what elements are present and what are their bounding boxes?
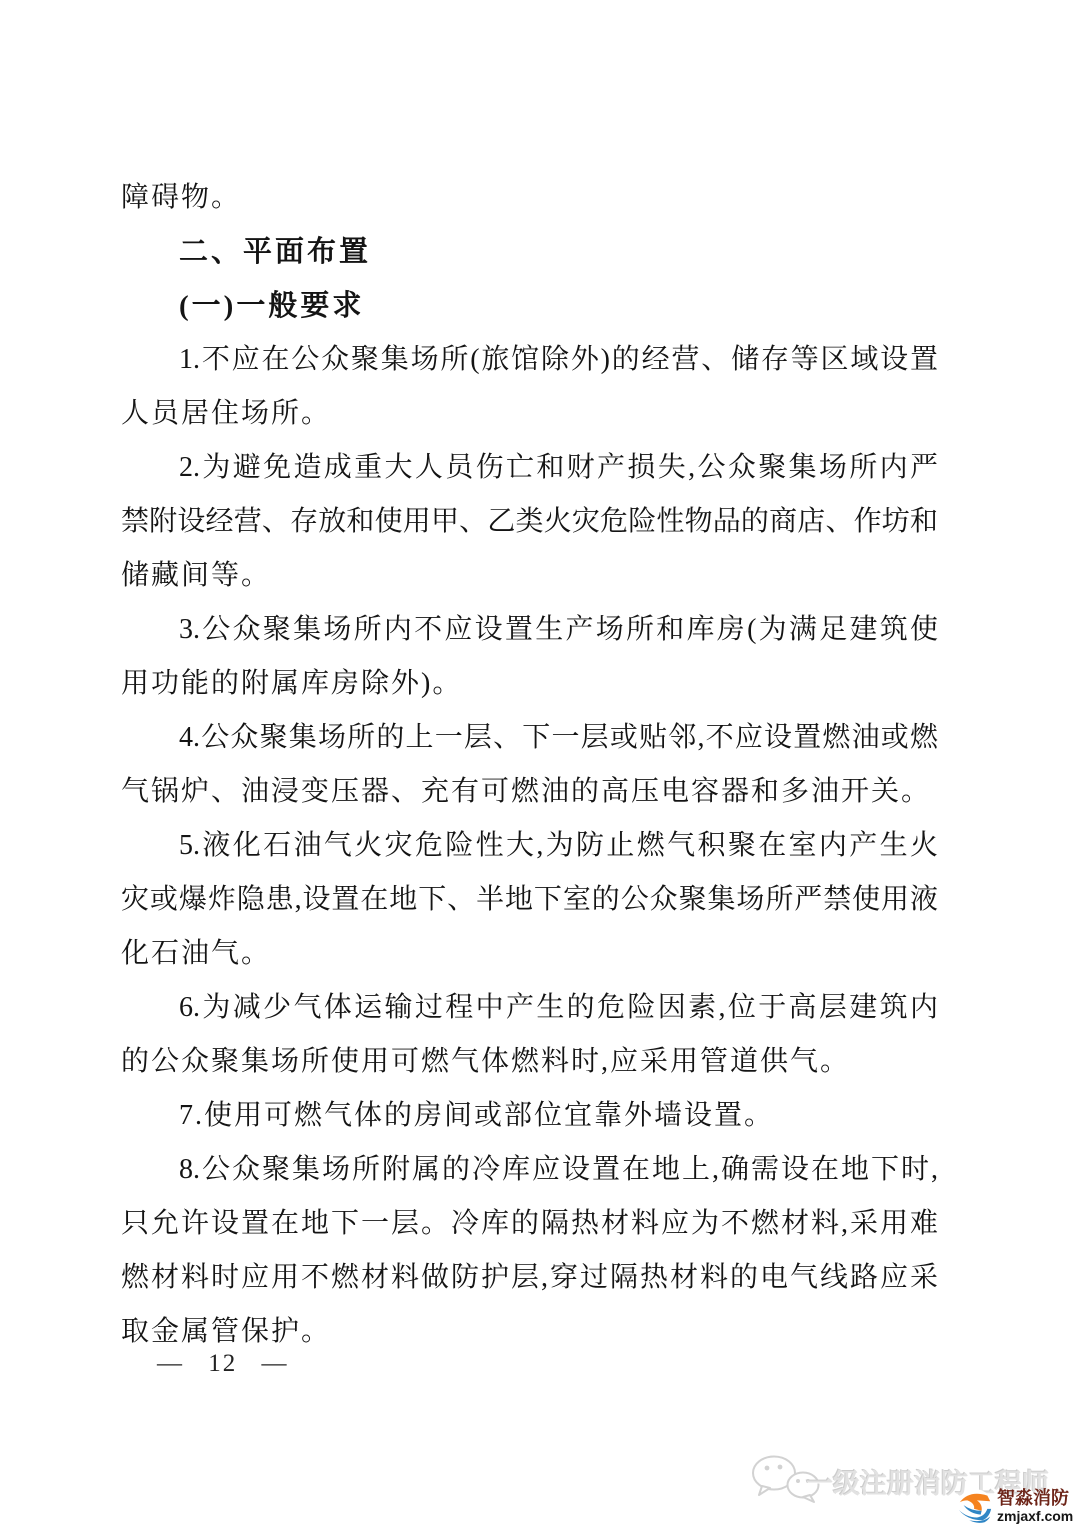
body-line: 8.公众聚集场所附属的冷库应设置在地上,确需设在地下时, [121, 1143, 938, 1197]
body-line: 人员居住场所。 [121, 387, 938, 441]
body-line: 障碍物。 [121, 171, 938, 225]
body-line: 储藏间等。 [121, 549, 938, 603]
body-line: 燃材料时应用不燃材料做防护层,穿过隔热材料的电气线路应采 [121, 1251, 938, 1305]
page-number: — 12 — [157, 1350, 289, 1378]
body-line: 禁附设经营、存放和使用甲、乙类火灾危险性物品的商店、作坊和 [121, 495, 938, 549]
body-line: 只允许设置在地下一层。冷库的隔热材料应为不燃材料,采用难 [121, 1197, 938, 1251]
body-line: 7.使用可燃气体的房间或部位宜靠外墙设置。 [121, 1089, 938, 1143]
body-line: 的公众聚集场所使用可燃气体燃料时,应采用管道供气。 [121, 1035, 938, 1089]
body-line: 4.公众聚集场所的上一层、下一层或贴邻,不应设置燃油或燃 [121, 711, 938, 765]
body-line: 3.公众聚集场所内不应设置生产场所和库房(为满足建筑使 [121, 603, 938, 657]
logo-domain-text: zmjaxf.com [997, 1508, 1073, 1524]
document-page: 障碍物。 二、平面布置 (一)一般要求 1.不应在公众聚集场所(旅馆除外)的经营… [0, 0, 1080, 1527]
body-line: 气锅炉、油浸变压器、充有可燃油的高压电容器和多油开关。 [121, 765, 938, 819]
body-line: 5.液化石油气火灾危险性大,为防止燃气积聚在室内产生火 [121, 819, 938, 873]
body-line: 用功能的附属库房除外)。 [121, 657, 938, 711]
body-line: 2.为避免造成重大人员伤亡和财产损失,公众聚集场所内严 [121, 441, 938, 495]
body-line: 6.为减少气体运输过程中产生的危险因素,位于高层建筑内 [121, 981, 938, 1035]
zhimiao-logo: 智淼消防 zmjaxf.com [956, 1488, 1073, 1526]
section-heading: 二、平面布置 [121, 225, 938, 279]
logo-name-text: 智淼消防 [997, 1488, 1073, 1508]
subsection-heading: (一)一般要求 [121, 279, 938, 333]
body-line: 化石油气。 [121, 927, 938, 981]
zhimiao-logo-icon [956, 1488, 994, 1526]
footer-watermark: 一级注册消防工程师 智淼消防 zmjaxf.com [748, 1452, 1080, 1527]
body-line: 灾或爆炸隐患,设置在地下、半地下室的公众聚集场所严禁使用液 [121, 873, 938, 927]
body-line: 1.不应在公众聚集场所(旅馆除外)的经营、储存等区域设置 [121, 333, 938, 387]
document-body: 障碍物。 二、平面布置 (一)一般要求 1.不应在公众聚集场所(旅馆除外)的经营… [121, 171, 938, 1359]
